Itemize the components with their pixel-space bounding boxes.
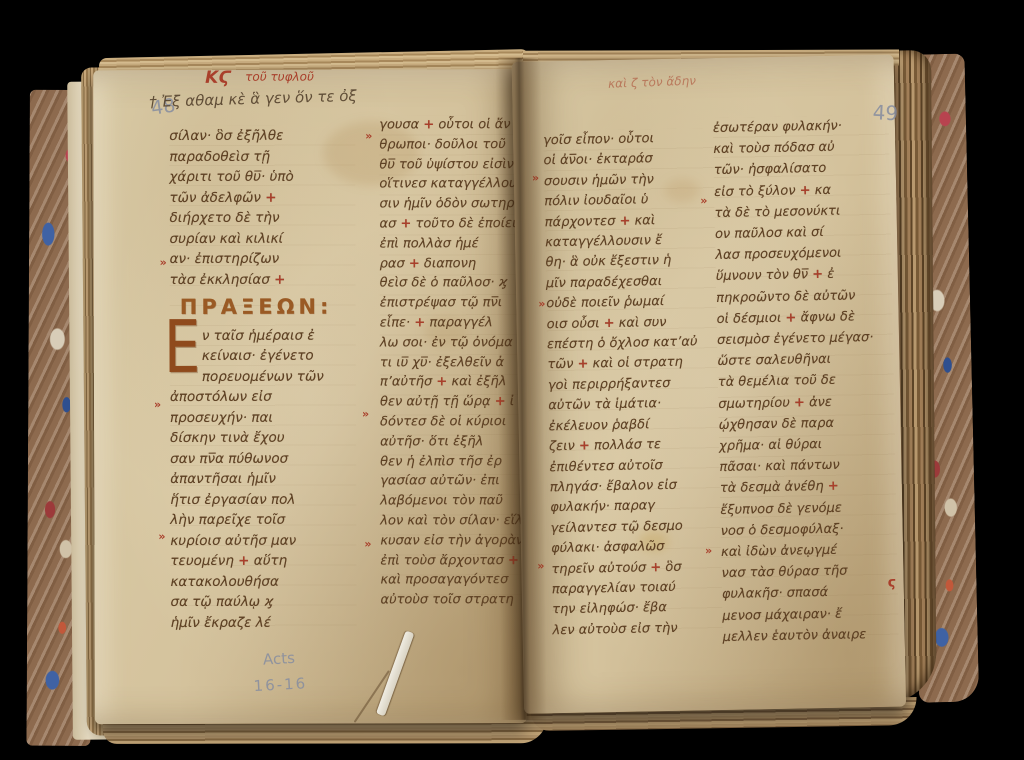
parchment-tear (376, 631, 414, 717)
manuscript-text-line: κατακολουθήσα (170, 571, 356, 592)
manuscript-text-line: τὰσ ἐκκλησίασ + (170, 269, 356, 290)
column1-lines-before-heading: σίλαν· ὃσ ἐξῆλθεπαραδοθεὶσ τῇχάριτι τοῦ … (169, 126, 355, 290)
marginal-quote-mark: » (705, 544, 712, 557)
photograph-background: 48 ΚϚ τοῦ τυφλοῦ † Ἐξ αθαμ κὲ ἃ γεν ὅν τ… (0, 0, 1024, 760)
manuscript-text-line: ἥτισ ἐργασίαν πολ (170, 489, 356, 510)
manuscript-codex: 48 ΚϚ τοῦ τυφλοῦ † Ἐξ αθαμ κὲ ἃ γεν ὅν τ… (25, 48, 975, 752)
lection-title-rubric: τοῦ τυφλοῦ (245, 70, 314, 84)
manuscript-text-line: προσευχήν· παι (170, 407, 356, 428)
right-page-column-1: γοῖσ εἶπον· οὗτοιοἱ ἀν̅οι· ἐκταράσσουσιν… (543, 128, 723, 641)
lection-number-rubric: ΚϚ (205, 68, 231, 88)
right-page: 49 καὶ ζ τὸν ἄδην γοῖσ εἶπον· οὗτοιοἱ ἀν… (512, 55, 906, 714)
manuscript-text-line: τευομένη + αὕτη (170, 551, 356, 572)
manuscript-text-line: αν· ἐπιστηρίζων (170, 249, 356, 270)
marginal-quote-mark: » (532, 171, 539, 184)
manuscript-text-line: ἀποστόλων εἰσ (170, 387, 356, 408)
marginal-quote-mark: » (362, 408, 369, 421)
column4-lines: ἐσωτέραν φυλακήν·καὶ τοὺσ πόδασ αὐτῶν· ἠ… (713, 115, 899, 648)
pencil-reference-note: Acts 16-16 (223, 643, 336, 701)
manuscript-text-line: δίσκην τινὰ ἔχου (170, 428, 356, 449)
manuscript-text-line: ἡμῖν ἔκραζε λέ (171, 612, 357, 633)
marginal-quote-mark: » (365, 129, 372, 142)
manuscript-text-line: συρίαν καὶ κιλικί (170, 228, 356, 249)
later-hand-scribble: † Ἐξ αθαμ κὲ ἃ γεν ὅν τε ὀξ (149, 87, 357, 111)
manuscript-text-line: μελλεν ἑαυτὸν ἀναιρε (723, 623, 899, 648)
manuscript-text-line: ἀπαντῆσαι ἡμῖν (170, 469, 356, 490)
manuscript-text-line: σίλαν· ὃσ ἐξῆλθε (169, 126, 355, 147)
manuscript-text-line: χάριτι τοῦ θυ̅· ὑπὸ (169, 167, 355, 188)
manuscript-text-line: επέστη ὁ ὄχλοσ κατ’αὐ (547, 332, 717, 356)
right-page-column-2: ἐσωτέραν φυλακήν·καὶ τοὺσ πόδασ αὐτῶν· ἠ… (713, 115, 899, 648)
manuscript-text-line: παραδοθεὶσ τῇ (169, 146, 355, 167)
manuscript-text-line: διήρχετο δὲ τὴν (169, 208, 355, 229)
left-page: 48 ΚϚ τοῦ τυφλοῦ † Ἐξ αθαμ κὲ ἃ γεν ὅν τ… (93, 69, 527, 724)
marginal-quote-mark: » (158, 530, 165, 543)
running-title-rubric: καὶ ζ τὸν ἄδην (608, 74, 696, 91)
manuscript-text-line: σαν πν̅α πύθωνοσ (170, 448, 356, 469)
marginal-quote-mark: » (538, 297, 545, 310)
marginal-quote-mark: » (364, 537, 371, 550)
marginal-quote-mark: » (154, 398, 161, 411)
manuscript-text-line: λὴν παρεῖχε τοῖσ (170, 510, 356, 531)
manuscript-text-line: τῶν ἀδελφῶν + (169, 187, 355, 208)
column3-lines: γοῖσ εἶπον· οὗτοιοἱ ἀν̅οι· ἐκταράσσουσιν… (543, 128, 723, 641)
manuscript-text-line: λεν αὐτοὺσ εἰσ τὴν (552, 618, 722, 642)
marginal-quote-mark: » (700, 194, 707, 207)
drop-cap-epsilon: Ε (164, 310, 201, 383)
pencil-note-chapter-verse: 16-16 (225, 669, 336, 701)
marginal-stigma-mark: ϛ (888, 575, 897, 591)
manuscript-text-line: σεισμὸσ ἐγένετο μέγασ· (717, 327, 893, 352)
marginal-quote-mark: » (537, 559, 544, 572)
marginal-quote-mark: » (160, 256, 167, 269)
left-page-column-1: σίλαν· ὃσ ἐξῆλθεπαραδοθεὶσ τῇχάριτι τοῦ … (169, 126, 356, 633)
manuscript-text-line: σα τῷ παύλῳ ϗ (170, 592, 356, 613)
manuscript-text-line: κυρίοισ αὐτῆσ μαν (170, 530, 356, 551)
column1-lines-after-heading: Ε ν ταῖσ ἡμέραισ ἐκείναισ· ἐγένετοπορευο… (170, 325, 357, 633)
